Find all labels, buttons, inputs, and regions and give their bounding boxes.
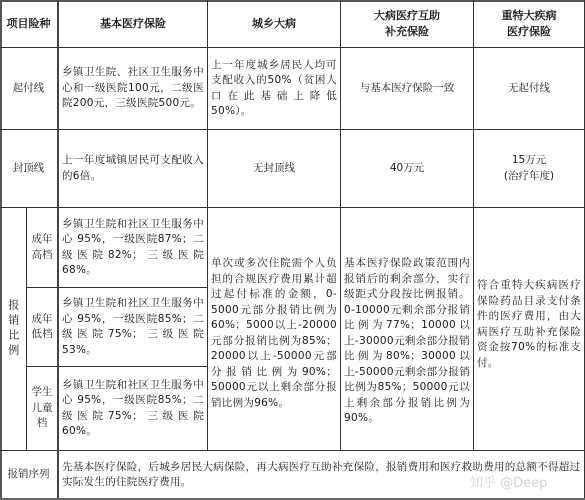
sub-label-student-child: 学生儿童档	[27, 367, 59, 451]
cell-text-note: (治疗年度)	[504, 169, 554, 185]
header-urban-rural: 城乡大病	[208, 0, 341, 48]
cell-text: 乡镇卫生院和社区卫生服务中心 95%，一级医院87%；二级医院82%；三级医院6…	[62, 217, 204, 279]
reimburse-mutual: 基本医疗保险政策范围内报销后的剩余部分，实行级距式分段按比例报销。0-10000…	[341, 208, 474, 451]
reimburse-student-child-basic: 乡镇卫生院和社区卫生服务中心 95%，一级医院85%；二级医院75%；三级医院6…	[59, 367, 208, 451]
insurance-comparison-table: 项目险种 基本医疗保险 城乡大病 大病医疗互助 补充保险 重特大疾病 医疗保险 …	[0, 0, 585, 500]
deductible-mutual: 与基本医疗保险一致	[341, 48, 474, 130]
reimburse-critical: 符合重特大疾病医疗保险药品目录支付条件的医疗费用，由大病医疗互助补充保险资金按7…	[474, 208, 585, 451]
cell-text: 先基本医疗保险，后城乡居民大病保险，再大病医疗互助补充保险，报销费用和医疗救助费…	[62, 460, 581, 491]
cell-text: 无封顶线	[253, 161, 295, 177]
order-text: 先基本医疗保险，后城乡居民大病保险，再大病医疗互助补充保险，报销费用和医疗救助费…	[59, 451, 585, 500]
sub-label: 学生儿童档	[30, 385, 54, 432]
row-label: 封顶线	[13, 161, 45, 177]
cap-urban-rural: 无封顶线	[208, 130, 341, 208]
cell-text: 乡镇卫生院和社区卫生服务中心 95%，一级医院85%；二级医院75%；三级医院5…	[62, 296, 204, 358]
header-label: 大病医疗互助 补充保险	[374, 8, 440, 39]
cell-text: 40万元	[390, 161, 424, 177]
header-label: 重特大疾病 医疗保险	[502, 8, 557, 39]
row-label-reimbursement: 报销比例	[0, 208, 27, 451]
sub-label-adult-low: 成年低档	[27, 288, 59, 367]
cell-text: 乡镇卫生院和社区卫生服务中心 95%，一级医院85%；二级医院75%；三级医院6…	[62, 378, 204, 440]
cell-text: 上一年度城镇居民可支配收入的6倍。	[62, 153, 204, 184]
cap-basic: 上一年度城镇居民可支配收入的6倍。	[59, 130, 208, 208]
row-label-deductible: 起付线	[0, 48, 59, 130]
cell-text: 与基本医疗保险一致	[360, 81, 455, 97]
header-mutual-aid: 大病医疗互助 补充保险	[341, 0, 474, 48]
cap-critical: 15万元 (治疗年度)	[474, 130, 585, 208]
row-label: 报销比例	[5, 299, 21, 359]
reimburse-adult-high-basic: 乡镇卫生院和社区卫生服务中心 95%，一级医院87%；二级医院82%；三级医院6…	[59, 208, 208, 288]
header-item-type: 项目险种	[0, 0, 59, 48]
row-label-cap: 封顶线	[0, 130, 59, 208]
cell-text: 单次或多次住院需个人负担的合规医疗费用累计超过起付标准的金额，0-5000元部分…	[211, 256, 337, 411]
header-label: 城乡大病	[252, 16, 296, 32]
sub-label: 成年高档	[30, 232, 54, 263]
reimburse-urban-rural: 单次或多次住院需个人负担的合规医疗费用累计超过起付标准的金额，0-5000元部分…	[208, 208, 341, 451]
cell-text: 无起付线	[508, 81, 550, 97]
row-label: 起付线	[13, 81, 45, 97]
cell-text: 15万元	[512, 153, 546, 169]
cell-text: 乡镇卫生院、社区卫生服务中心和一级医院100元，二级医院200元，三级医院500…	[62, 65, 204, 112]
row-label: 报销序列	[8, 467, 50, 483]
reimburse-adult-low-basic: 乡镇卫生院和社区卫生服务中心 95%，一级医院85%；二级医院75%；三级医院5…	[59, 288, 208, 367]
header-critical-illness: 重特大疾病 医疗保险	[474, 0, 585, 48]
sub-label: 成年低档	[30, 312, 54, 343]
header-basic-insurance: 基本医疗保险	[59, 0, 208, 48]
cell-text: 符合重特大疾病医疗保险药品目录支付条件的医疗费用，由大病医疗互助补充保险资金按7…	[477, 278, 581, 371]
deductible-critical: 无起付线	[474, 48, 585, 130]
cell-text: 基本医疗保险政策范围内报销后的剩余部分，实行级距式分段按比例报销。0-10000…	[344, 256, 470, 427]
deductible-urban-rural: 上一年度城乡居民人均可支配收入的50%（贫困人口在此基础上降低50%）。	[208, 48, 341, 130]
cap-mutual: 40万元	[341, 130, 474, 208]
row-label-order: 报销序列	[0, 451, 59, 500]
deductible-basic: 乡镇卫生院、社区卫生服务中心和一级医院100元，二级医院200元，三级医院500…	[59, 48, 208, 130]
sub-label-adult-high: 成年高档	[27, 208, 59, 288]
header-label: 基本医疗保险	[100, 16, 166, 32]
cell-text: 上一年度城乡居民人均可支配收入的50%（贫困人口在此基础上降低50%）。	[211, 58, 337, 120]
header-label: 项目险种	[7, 16, 51, 32]
